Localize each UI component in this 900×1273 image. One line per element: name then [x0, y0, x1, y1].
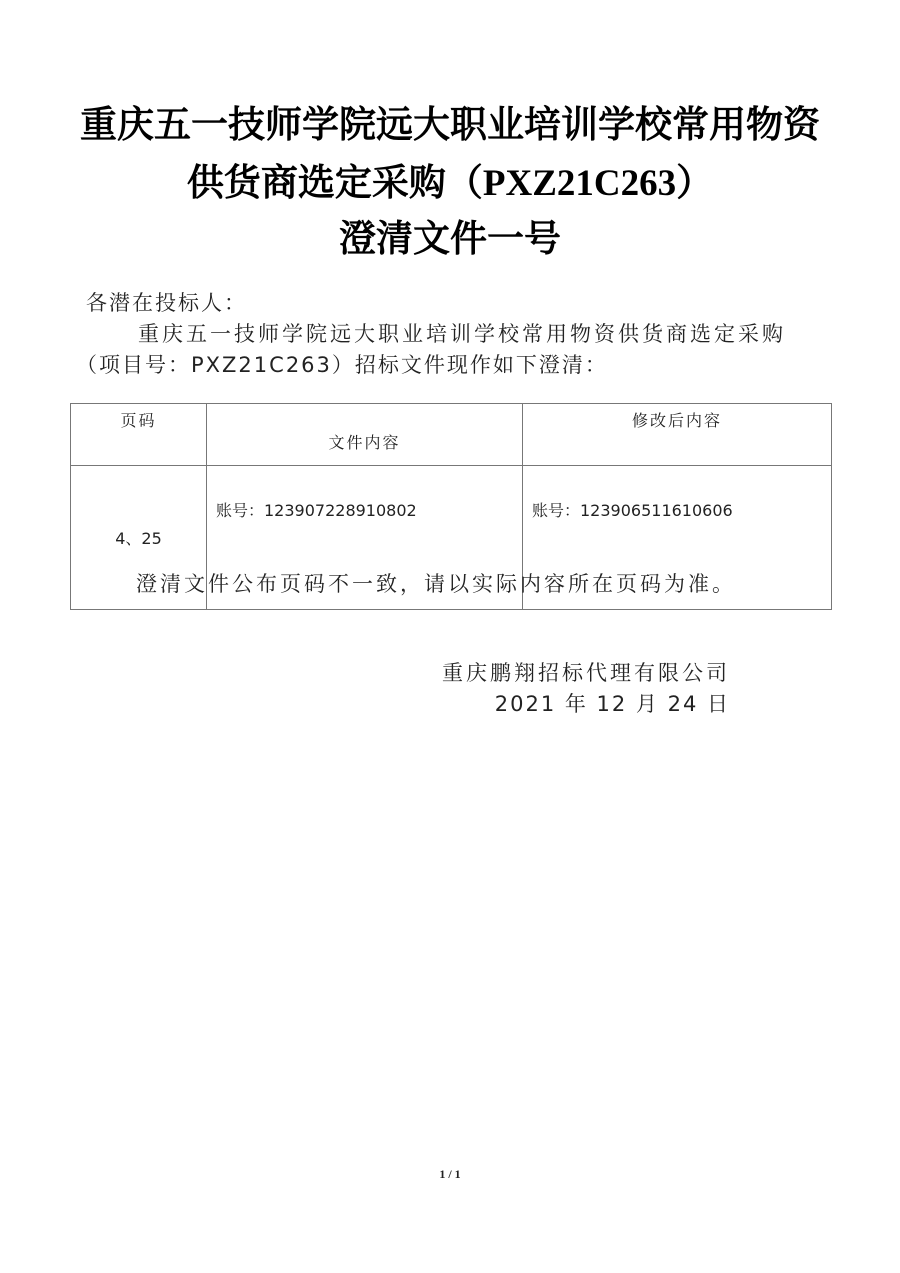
table-header-row: 页码 文件内容 修改后内容	[71, 404, 832, 466]
intro-line-2: （项目号：PXZ21C263）招标文件现作如下澄清：	[76, 349, 608, 379]
page-note: 澄清文件公布页码不一致，请以实际内容所在页码为准。	[136, 568, 736, 598]
document-page: 重庆五一技师学院远大职业培训学校常用物资 供货商选定采购（PXZ21C263） …	[0, 0, 900, 1273]
title-line-2: 供货商选定采购（PXZ21C263）	[0, 152, 900, 206]
header-page: 页码	[71, 404, 207, 466]
title-line-1: 重庆五一技师学院远大职业培训学校常用物资	[0, 94, 900, 148]
header-modified-content: 修改后内容	[523, 404, 832, 466]
intro-line-1: 重庆五一技师学院远大职业培训学校常用物资供货商选定采购	[138, 318, 786, 348]
title-line-3: 澄清文件一号	[0, 208, 900, 262]
salutation: 各潜在投标人：	[86, 287, 247, 317]
header-original-content: 文件内容	[207, 404, 523, 466]
signature-date: 2021 年 12 月 24 日	[495, 688, 730, 718]
page-number: 1 / 1	[0, 1167, 900, 1182]
signature-company: 重庆鹏翔招标代理有限公司	[442, 657, 730, 687]
